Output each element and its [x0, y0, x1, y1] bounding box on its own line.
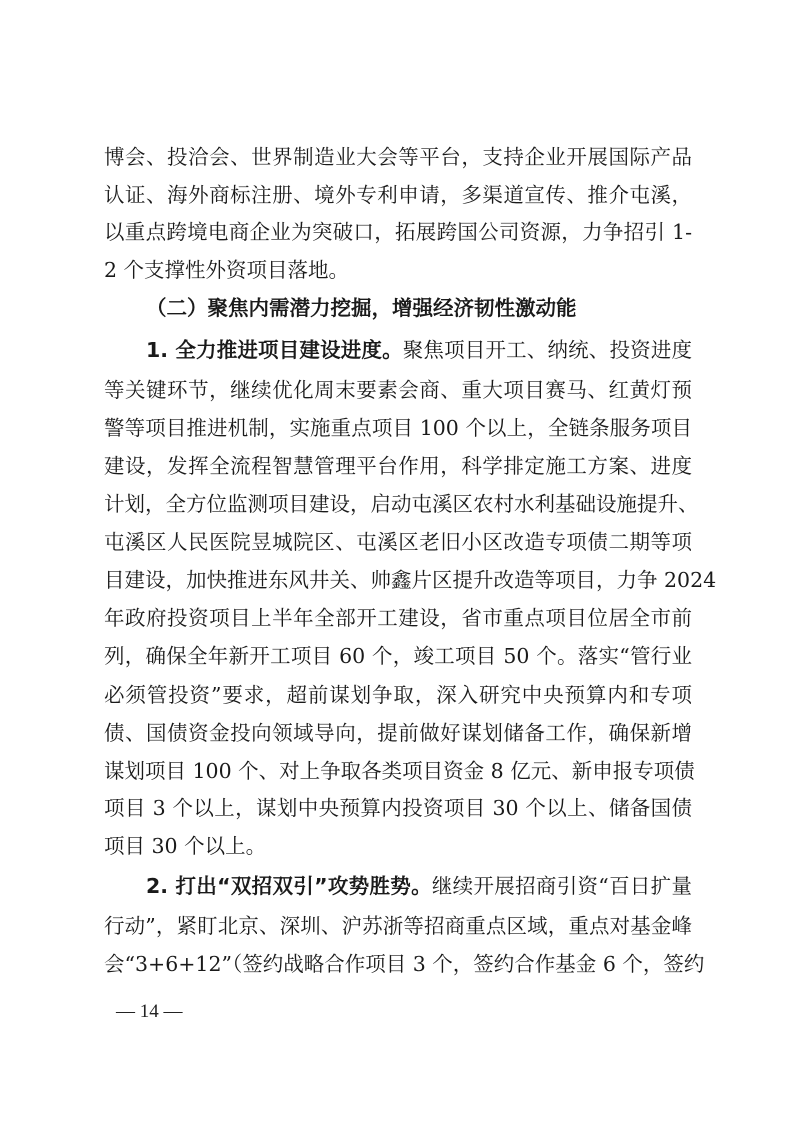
body-text-line: 建设，发挥全流程智慧管理平台作用，科学排定施工方案、进度 [104, 451, 692, 481]
body-text-line: 2 个支撑性外资项目落地。 [104, 255, 692, 285]
body-text-line: 警等项目推进机制，实施重点项目 100 个以上，全链条服务项目 [104, 413, 692, 443]
body-text-line: 项目 30 个以上。 [104, 831, 692, 861]
body-text-line: 认证、海外商标注册、境外专利申请，多渠道宣传、推介屯溪， [104, 180, 692, 210]
body-text-line: 屯溪区人民医院昱城院区、屯溪区老旧小区改造专项债二期等项 [104, 527, 692, 557]
item-1-text: 聚焦项目开工、纳统、投资进度 [403, 338, 692, 362]
body-text-line: 会“3+6+12”（签约战略合作项目 3 个，签约合作基金 6 个，签约 [104, 949, 692, 979]
document-page: 博会、投洽会、世界制造业大会等平台，支持企业开展国际产品 认证、海外商标注册、境… [0, 0, 794, 1122]
item-2-first-line: 2. 打出“双招双引”攻势胜势。继续开展招商引资“百日扩量 [146, 871, 692, 901]
body-text-line: 年政府投资项目上半年全部开工建设，省市重点项目位居全市前 [104, 603, 692, 633]
body-text-line: 必须管投资”要求，超前谋划争取，深入研究中央预算内和专项 [104, 680, 692, 710]
body-text-line: 谋划项目 100 个、对上争取各类项目资金 8 亿元、新申报专项债 [104, 756, 692, 786]
item-2-title: 2. 打出“双招双引”攻势胜势。 [146, 874, 432, 898]
body-text-line: 目建设，加快推进东风井关、帅鑫片区提升改造等项目，力争 2024 [104, 565, 692, 595]
item-1-title: 1. 全力推进项目建设进度。 [146, 338, 403, 362]
item-2-text: 继续开展招商引资“百日扩量 [432, 874, 692, 898]
section-heading: （二）聚焦内需潜力挖掘，增强经济韧性激动能 [146, 293, 692, 323]
body-text-line: 项目 3 个以上，谋划中央预算内投资项目 30 个以上、储备国债 [104, 793, 692, 823]
body-text-line: 等关键环节，继续优化周末要素会商、重大项目赛马、红黄灯预 [104, 375, 692, 405]
body-text-line: 博会、投洽会、世界制造业大会等平台，支持企业开展国际产品 [104, 142, 692, 172]
item-1-first-line: 1. 全力推进项目建设进度。聚焦项目开工、纳统、投资进度 [146, 335, 692, 365]
body-text-line: 债、国债资金投向领域导向，提前做好谋划储备工作，确保新增 [104, 718, 692, 748]
body-text-line: 以重点跨境电商企业为突破口，拓展跨国公司资源，力争招引 1- [104, 217, 692, 247]
body-text-line: 计划，全方位监测项目建设，启动屯溪区农村水利基础设施提升、 [104, 489, 692, 519]
page-number: — 14 — [116, 998, 183, 1026]
body-text-line: 列，确保全年新开工项目 60 个，竣工项目 50 个。落实“管行业 [104, 641, 692, 671]
body-text-line: 行动”，紧盯北京、深圳、沪苏浙等招商重点区域，重点对基金峰 [104, 911, 692, 941]
